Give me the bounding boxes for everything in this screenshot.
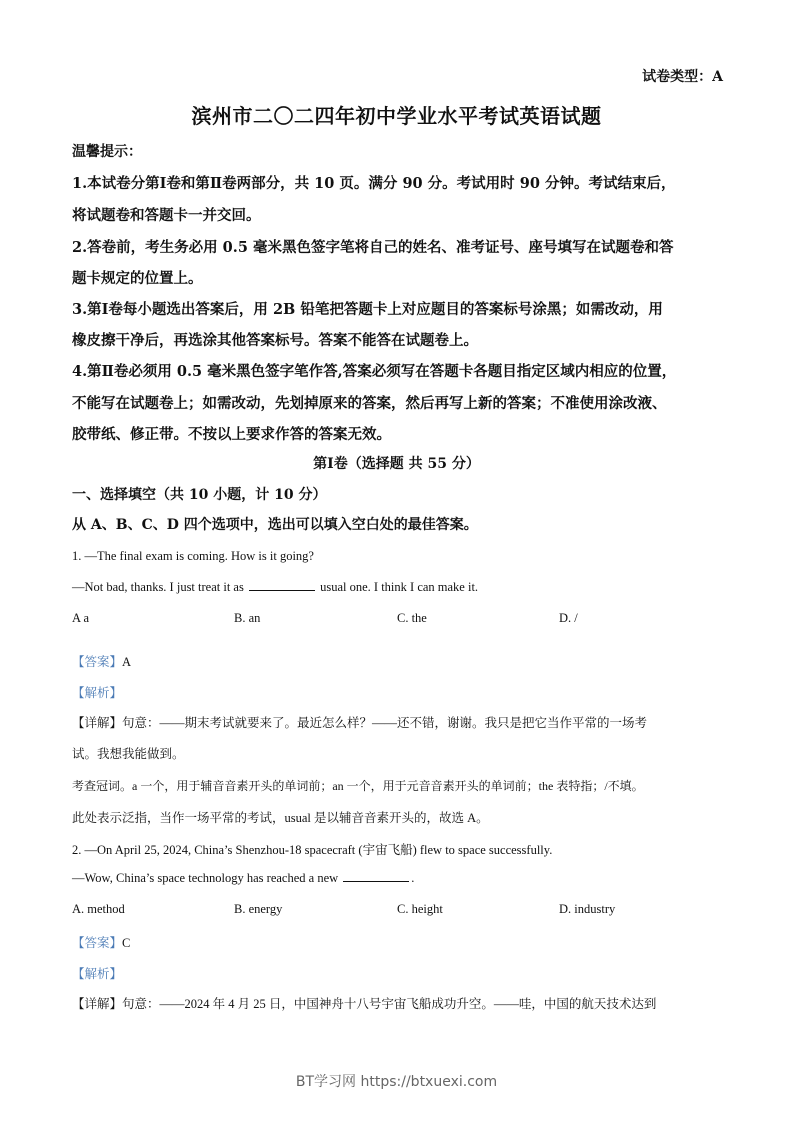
question-text: . [411, 871, 414, 885]
notice-line: 4.第Ⅱ卷必须用 0.5 毫米黑色签字笔作答,答案必须写在答题卡各题目指定区域内… [72, 360, 676, 381]
detail-line: 考查冠词。a 一个，用于辅音音素开头的单词前；an 一个，用于元音音素开头的单词… [72, 777, 644, 794]
notice-line: 不能写在试题卷上；如需改动，先划掉原来的答案，然后再写上新的答案；不准使用涂改液… [72, 392, 667, 413]
question-text: usual one. I think I can make it. [320, 580, 478, 594]
notice-line: 3.第Ⅰ卷每小题选出答案后，用 2B 铅笔把答题卡上对应题目的答案标号涂黑；如需… [72, 298, 663, 319]
notice-line: 胶带纸、修正带。不按以上要求作答的答案无效。 [72, 423, 391, 444]
question-2-line-1: 2. —On April 25, 2024, China’s Shenzhou-… [72, 840, 552, 858]
detail-text: 句意：——期末考试就要来了。最近怎么样？——还不错，谢谢。我只是把它当作平常的一… [122, 716, 647, 730]
detail-line: 【详解】句意：——期末考试就要来了。最近怎么样？——还不错，谢谢。我只是把它当作… [72, 713, 647, 731]
part-title: 一、选择填空（共 10 小题，计 10 分） [72, 484, 326, 504]
section-title: 第Ⅰ卷（选择题 共 55 分） [0, 453, 793, 473]
analysis-tag: 【解析】 [72, 964, 122, 982]
question-text: —Not bad, thanks. I just treat it as [72, 580, 244, 594]
option-c: C. height [397, 902, 443, 917]
option-a: A. method [72, 902, 125, 917]
instruction: 从 A、B、C、D 四个选项中，选出可以填入空白处的最佳答案。 [72, 514, 478, 534]
notice-line: 题卡规定的位置上。 [72, 267, 203, 288]
footer-watermark: BT学习网 https://btxuexi.com [0, 1071, 793, 1091]
detail-line: 【详解】句意：——2024 年 4 月 25 日，中国神舟十八号宇宙飞船成功升空… [72, 994, 656, 1012]
exam-page: 试卷类型：A 滨州市二〇二四年初中学业水平考试英语试题 温馨提示： 1.本试卷分… [0, 0, 793, 1122]
detail-line: 此处表示泛指，当作一场平常的考试，usual 是以辅音音素开头的，故选 A。 [72, 808, 489, 826]
detail-tag: 【详解】 [72, 716, 122, 730]
notice-line: 将试题卷和答题卡一并交回。 [72, 204, 261, 225]
answer-line: 【答案】C [72, 933, 130, 951]
option-d: D. industry [559, 902, 615, 917]
question-1-line-1: 1. —The final exam is coming. How is it … [72, 549, 314, 564]
option-b: B. an [234, 611, 260, 626]
answer-value: A [122, 655, 131, 669]
answer-tag: 【答案】 [72, 936, 122, 950]
answer-tag: 【答案】 [72, 655, 122, 669]
answer-line: 【答案】A [72, 652, 131, 670]
option-b: B. energy [234, 902, 282, 917]
question-text: —Wow, China’s space technology has reach… [72, 871, 338, 885]
exam-title: 滨州市二〇二四年初中学业水平考试英语试题 [0, 100, 793, 129]
notice-heading: 温馨提示： [72, 141, 142, 161]
option-c: C. the [397, 611, 427, 626]
paper-type-label: 试卷类型：A [642, 66, 723, 86]
option-a: A a [72, 611, 89, 626]
notice-line: 橡皮擦干净后，再选涂其他答案标号。答案不能答在试题卷上。 [72, 329, 478, 350]
analysis-tag: 【解析】 [72, 683, 122, 701]
answer-blank [249, 580, 315, 591]
question-2-line-2: —Wow, China’s space technology has reach… [72, 871, 414, 886]
detail-tag: 【详解】 [72, 997, 122, 1011]
answer-value: C [122, 936, 130, 950]
answer-blank [343, 871, 409, 882]
question-1-line-2: —Not bad, thanks. I just treat it as usu… [72, 580, 478, 595]
detail-text: 句意：——2024 年 4 月 25 日，中国神舟十八号宇宙飞船成功升空。——哇… [122, 997, 656, 1011]
notice-line: 2.答卷前，考生务必用 0.5 毫米黑色签字笔将自己的姓名、准考证号、座号填写在… [72, 236, 673, 257]
option-d: D. / [559, 611, 578, 626]
notice-line: 1.本试卷分第Ⅰ卷和第Ⅱ卷两部分，共 10 页。满分 90 分。考试用时 90 … [72, 172, 675, 193]
detail-line: 试。我想我能做到。 [72, 744, 185, 762]
